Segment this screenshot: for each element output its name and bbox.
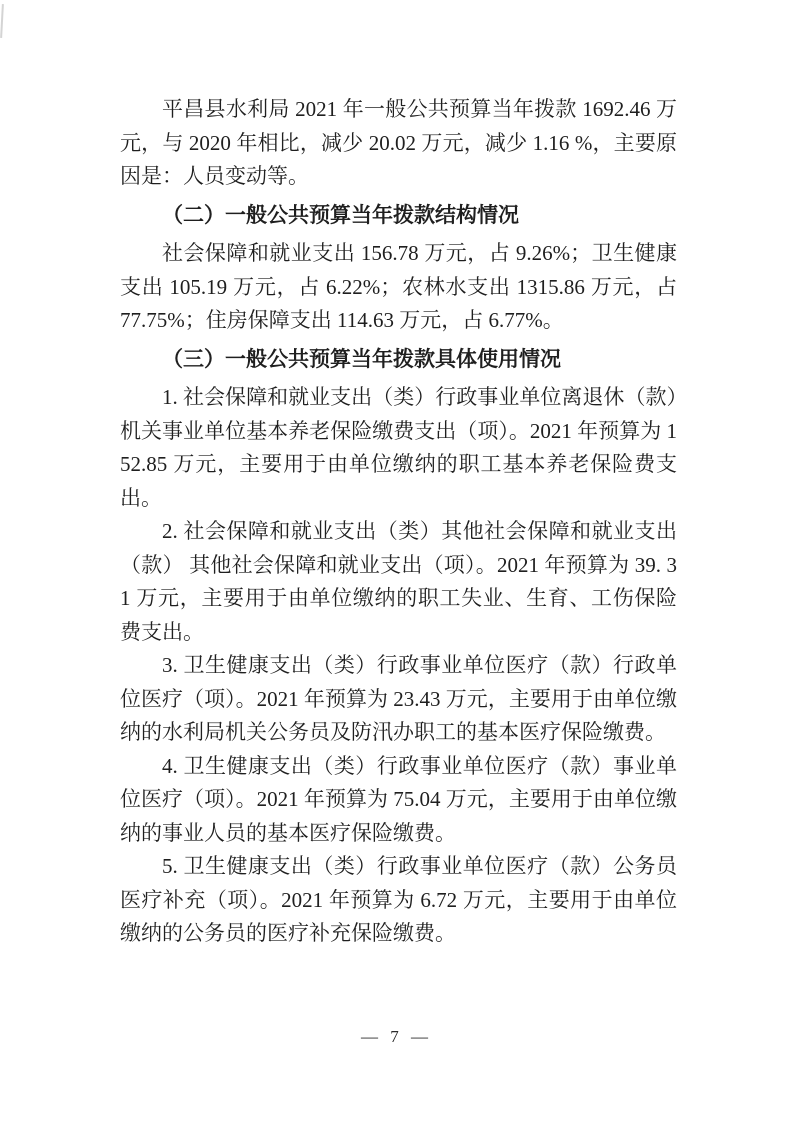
para-item-1-pension-contribution: 1. 社会保障和就业支出（类）行政事业单位离退休（款）机关事业单位基本养老保险缴… <box>120 381 677 515</box>
para-item-2-other-social-security: 2. 社会保障和就业支出（类）其他社会保障和就业支出（款） 其他社会保障和就业支… <box>120 515 677 649</box>
scan-artifact <box>0 4 4 38</box>
page-footer: — 7 — <box>0 1027 793 1047</box>
para-item-3-admin-unit-medical: 3. 卫生健康支出（类）行政事业单位医疗（款）行政单位医疗（项）。2021 年预… <box>120 649 677 750</box>
para-budget-summary: 平昌县水利局 2021 年一般公共预算当年拨款 1692.46 万元，与 202… <box>120 93 677 194</box>
para-item-4-institution-medical: 4. 卫生健康支出（类）行政事业单位医疗（款）事业单位医疗（项）。2021 年预… <box>120 750 677 851</box>
document-body: 平昌县水利局 2021 年一般公共预算当年拨款 1692.46 万元，与 202… <box>120 93 677 951</box>
para-item-5-civil-servant-medical-supplement: 5. 卫生健康支出（类）行政事业单位医疗（款）公务员医疗补充（项）。2021 年… <box>120 850 677 951</box>
document-page: 平昌县水利局 2021 年一般公共预算当年拨款 1692.46 万元，与 202… <box>0 0 793 1121</box>
heading-section-2-allocation-structure: （二）一般公共预算当年拨款结构情况 <box>120 199 677 233</box>
page-number: — 7 — <box>361 1027 432 1046</box>
para-allocation-structure: 社会保障和就业支出 156.78 万元，占 9.26%；卫生健康支出 105.1… <box>120 237 677 338</box>
heading-section-3-specific-usage: （三）一般公共预算当年拨款具体使用情况 <box>120 343 677 377</box>
